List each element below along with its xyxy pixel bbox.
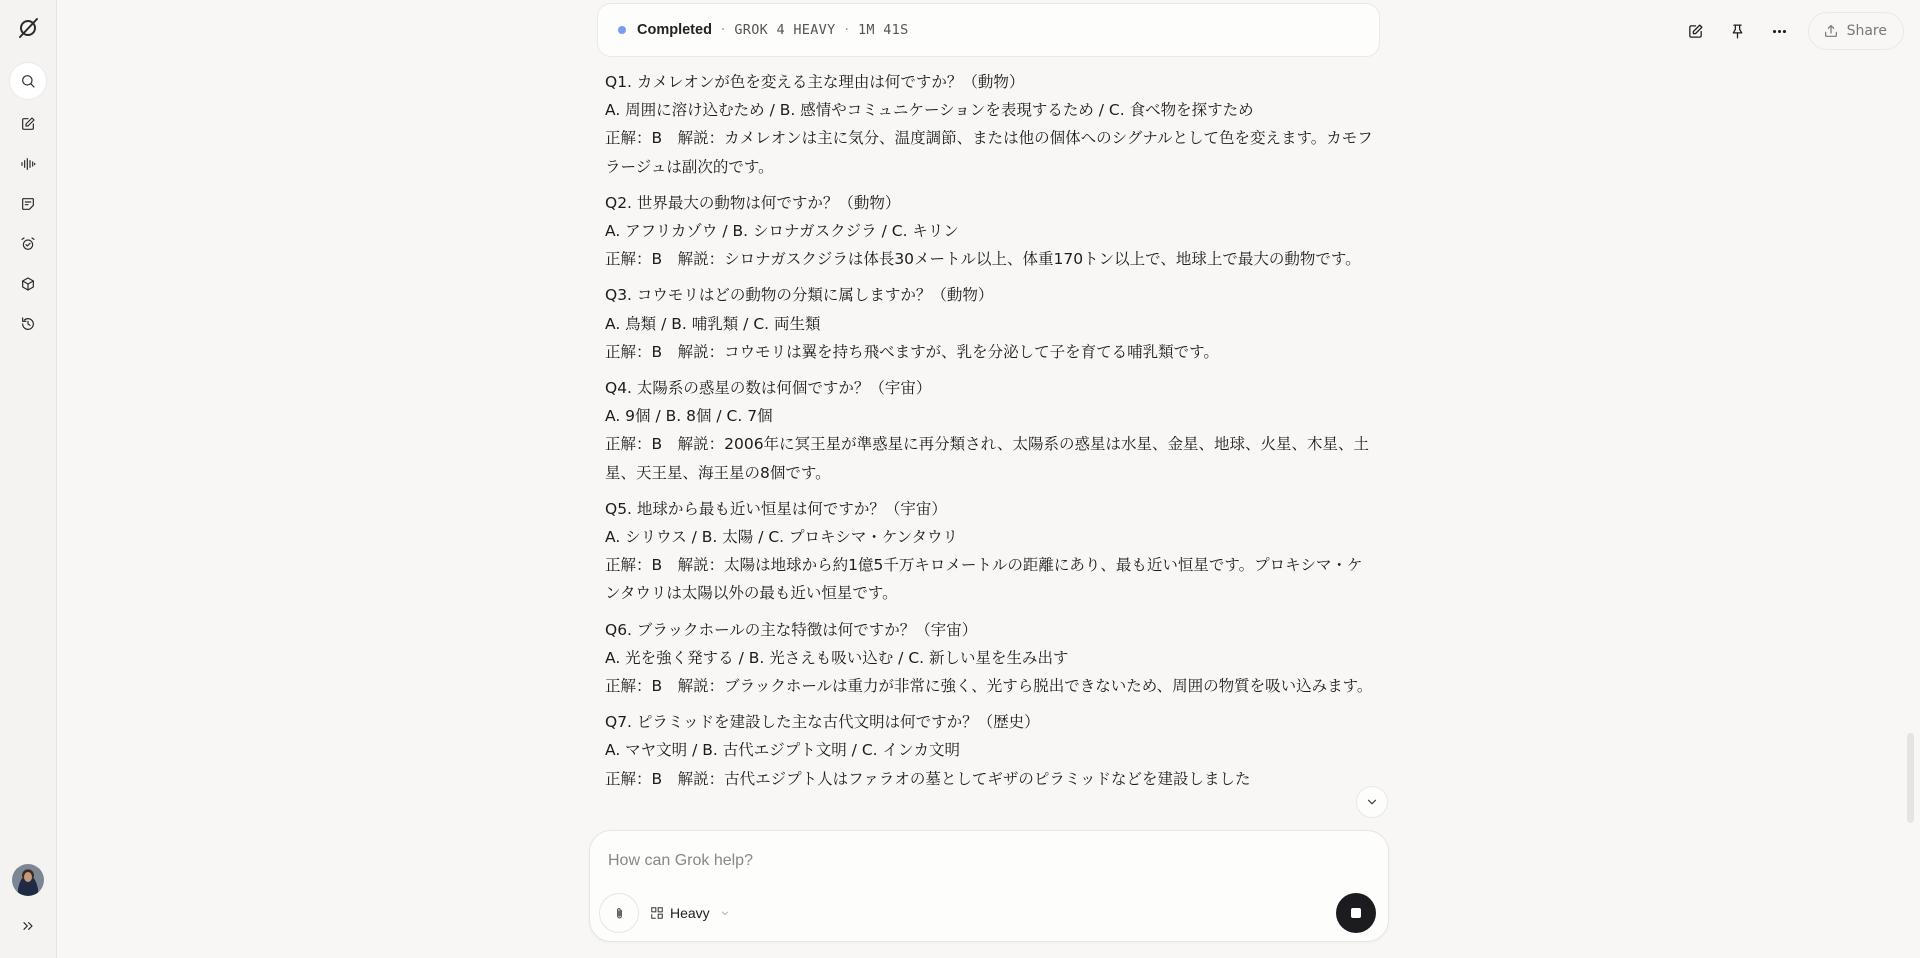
attach-button[interactable] [599, 893, 639, 933]
question-text: Q5. 地球から最も近い恒星は何ですか？（宇宙） [605, 495, 1375, 523]
question-answer: 正解：B 解説：太陽は地球から約1億5千万キロメートルの距離にあり、最も近い恒星… [605, 551, 1375, 607]
expand-sidebar-button[interactable] [10, 908, 46, 944]
edit-button[interactable] [1678, 13, 1714, 49]
question-options: A. アフリカゾウ / B. シロナガスクジラ / C. キリン [605, 217, 1375, 245]
alarm-clock-icon [20, 236, 36, 252]
more-options-button[interactable] [1762, 13, 1798, 49]
response-content: Q1. カメレオンが色を変える主な理由は何ですか？（動物） A. 周囲に溶け込む… [605, 68, 1375, 830]
pin-button[interactable] [1720, 13, 1756, 49]
chevrons-right-icon [20, 918, 36, 934]
model-name: GROK 4 HEAVY [734, 22, 835, 38]
question-answer: 正解：B 解説：古代エジプト人はファラオの墓としてギザのピラミッドなどを建設しま… [605, 765, 1375, 793]
quiz-question: Q5. 地球から最も近い恒星は何ですか？（宇宙） A. シリウス / B. 太陽… [605, 495, 1375, 608]
note-icon [20, 196, 36, 212]
history-icon [20, 316, 36, 332]
status-dot-icon [618, 26, 626, 34]
scrollbar[interactable] [1907, 733, 1914, 823]
search-icon [20, 73, 36, 89]
question-text: Q1. カメレオンが色を変える主な理由は何ですか？（動物） [605, 68, 1375, 96]
quiz-question: Q6. ブラックホールの主な特徴は何ですか？（宇宙） A. 光を強く発する / … [605, 616, 1375, 701]
model-selector[interactable]: Heavy [650, 901, 730, 925]
status-separator: · [721, 22, 725, 38]
question-answer: 正解：B 解説：ブラックホールは重力が非常に強く、光すら脱出できないため、周囲の… [605, 672, 1375, 700]
edit-icon [1687, 23, 1704, 40]
question-options: A. 9個 / B. 8個 / C. 7個 [605, 402, 1375, 430]
question-answer: 正解：B 解説：2006年に冥王星が準惑星に再分類され、太陽系の惑星は水星、金星… [605, 430, 1375, 486]
question-answer: 正解：B 解説：カメレオンは主に気分、温度調節、または他の個体へのシグナルとして… [605, 124, 1375, 180]
quiz-question: Q3. コウモリはどの動物の分類に属しますか？（動物） A. 鳥類 / B. 哺… [605, 281, 1375, 366]
scroll-to-bottom-button[interactable] [1356, 786, 1388, 818]
status-bar[interactable]: Completed · GROK 4 HEAVY · 1M 41S [597, 3, 1380, 57]
question-text: Q4. 太陽系の惑星の数は何個ですか？（宇宙） [605, 374, 1375, 402]
question-answer: 正解：B 解説：シロナガスクジラは体長30メートル以上、体重170トン以上で、地… [605, 245, 1375, 273]
user-avatar[interactable] [12, 864, 44, 896]
share-icon [1823, 23, 1839, 39]
model-label: Heavy [670, 905, 710, 921]
model-grid-icon [650, 906, 664, 920]
grok-logo[interactable] [10, 10, 46, 46]
pin-icon [1729, 23, 1746, 40]
question-options: A. マヤ文明 / B. 古代エジプト文明 / C. インカ文明 [605, 736, 1375, 764]
share-button[interactable]: Share [1808, 12, 1904, 50]
share-label: Share [1847, 23, 1887, 39]
grok-logo-icon [16, 16, 40, 40]
sidebar-item-projects[interactable] [10, 266, 46, 302]
sidebar-item-history[interactable] [10, 306, 46, 342]
question-text: Q2. 世界最大の動物は何ですか？（動物） [605, 189, 1375, 217]
sidebar-item-new-chat[interactable] [10, 106, 46, 142]
paperclip-icon [612, 906, 627, 921]
sidebar-item-tasks[interactable] [10, 226, 46, 262]
more-icon [1771, 23, 1788, 40]
status-label: Completed [637, 22, 712, 38]
sidebar-item-notes[interactable] [10, 186, 46, 222]
chevron-down-icon [720, 908, 730, 918]
question-options: A. 光を強く発する / B. 光さえも吸い込む / C. 新しい星を生み出す [605, 644, 1375, 672]
prompt-input[interactable] [608, 843, 1348, 879]
quiz-question: Q1. カメレオンが色を変える主な理由は何ですか？（動物） A. 周囲に溶け込む… [605, 68, 1375, 181]
question-text: Q6. ブラックホールの主な特徴は何ですか？（宇宙） [605, 616, 1375, 644]
composer: Heavy [589, 830, 1389, 942]
question-text: Q3. コウモリはどの動物の分類に属しますか？（動物） [605, 281, 1375, 309]
top-toolbar: Share [1678, 12, 1904, 50]
stop-generation-button[interactable] [1336, 893, 1376, 933]
question-answer: 正解：B 解説：コウモリは翼を持ち飛べますが、乳を分泌して子を育てる哺乳類です。 [605, 338, 1375, 366]
sidebar-item-search[interactable] [10, 63, 46, 99]
waveform-icon [20, 156, 36, 172]
cube-icon [20, 276, 36, 292]
quiz-question: Q4. 太陽系の惑星の数は何個ですか？（宇宙） A. 9個 / B. 8個 / … [605, 374, 1375, 487]
sidebar [0, 0, 57, 958]
quiz-question: Q2. 世界最大の動物は何ですか？（動物） A. アフリカゾウ / B. シロナ… [605, 189, 1375, 274]
chevron-down-icon [1365, 795, 1379, 809]
stop-icon [1351, 908, 1361, 918]
quiz-question: Q7. ピラミッドを建設した主な古代文明は何ですか？（歴史） A. マヤ文明 /… [605, 708, 1375, 793]
question-options: A. 周囲に溶け込むため / B. 感情やコミュニケーションを表現するため / … [605, 96, 1375, 124]
status-separator: · [845, 22, 849, 38]
question-options: A. 鳥類 / B. 哺乳類 / C. 両生類 [605, 310, 1375, 338]
edit-icon [20, 116, 36, 132]
sidebar-item-voice[interactable] [10, 146, 46, 182]
question-text: Q7. ピラミッドを建設した主な古代文明は何ですか？（歴史） [605, 708, 1375, 736]
question-options: A. シリウス / B. 太陽 / C. プロキシマ・ケンタウリ [605, 523, 1375, 551]
elapsed-time: 1M 41S [858, 22, 909, 38]
